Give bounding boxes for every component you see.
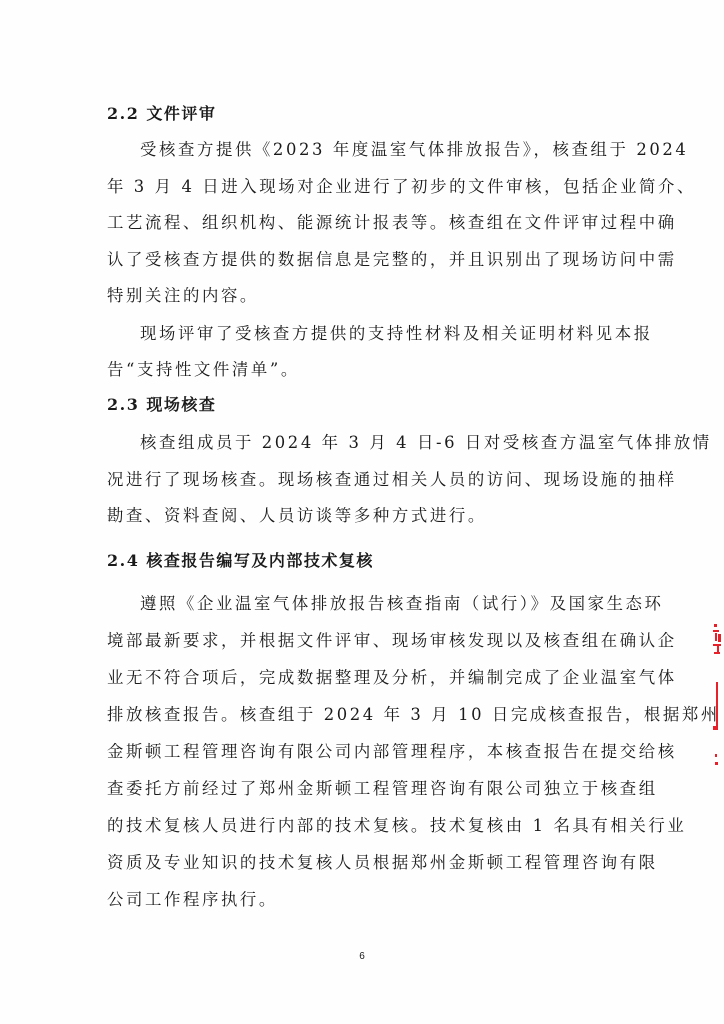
paragraph-line: 年 3 月 4 日进入现场对企业进行了初步的文件审核，包括企业简介、 xyxy=(107,173,696,197)
paragraph-line: 资质及专业知识的技术复核人员根据郑州金斯顿工程管理咨询有限 xyxy=(107,849,658,873)
paragraph-line: 核查组成员于 2024 年 3 月 4 日-6 日对受核查方温室气体排放情 xyxy=(140,429,712,453)
paragraph-line: 工艺流程、组织机构、能源统计报表等。核查组在文件评审过程中确 xyxy=(107,209,677,233)
paragraph-line: 遵照《企业温室气体排放报告核查指南（试行）》及国家生态环 xyxy=(140,590,664,614)
paragraph-line: 告“支持性文件清单”。 xyxy=(107,356,300,380)
paragraph-line: 认了受核查方提供的数据信息是完整的，并且识别出了现场访问中需 xyxy=(107,246,677,270)
paragraph-line: 业无不符合项后，完成数据整理及分析，并编制完成了企业温室气体 xyxy=(107,664,677,688)
paragraph-line: 的技术复核人员进行内部的技术复核。技术复核由 1 名具有相关行业 xyxy=(107,812,686,836)
paragraph-line: 受核查方提供《2023 年度温室气体排放报告》，核查组于 2024 xyxy=(140,136,688,160)
paragraph-line: 现场评审了受核查方提供的支持性材料及相关证明材料见本报 xyxy=(140,320,653,344)
page-number: 6 xyxy=(0,951,724,962)
paragraph-line: 勘查、资料查阅、人员访谈等多种方式进行。 xyxy=(107,502,487,526)
paragraph-line: 况进行了现场核查。现场核查通过相关人员的访问、现场设施的抽样 xyxy=(107,466,677,490)
seal-stamp-edge xyxy=(712,600,724,790)
section-heading-2-2: 2.2 文件评审 xyxy=(107,101,216,124)
paragraph-line: 特别关注的内容。 xyxy=(107,282,259,306)
section-heading-2-4: 2.4 核查报告编写及内部技术复核 xyxy=(107,548,374,571)
paragraph-line: 查委托方前经过了郑州金斯顿工程管理咨询有限公司独立于核查组 xyxy=(107,775,658,799)
paragraph-line: 排放核查报告。核查组于 2024 年 3 月 10 日完成核查报告，根据郑州 xyxy=(107,701,720,725)
paragraph-line: 公司工作程序执行。 xyxy=(107,886,278,910)
paragraph-line: 金斯顿工程管理咨询有限公司内部管理程序，本核查报告在提交给核 xyxy=(107,738,677,762)
document-page: 2.2 文件评审 受核查方提供《2023 年度温室气体排放报告》，核查组于 20… xyxy=(0,0,724,1024)
section-heading-2-3: 2.3 现场核查 xyxy=(107,392,216,415)
paragraph-line: 境部最新要求，并根据文件评审、现场审核发现以及核查组在确认企 xyxy=(107,627,677,651)
